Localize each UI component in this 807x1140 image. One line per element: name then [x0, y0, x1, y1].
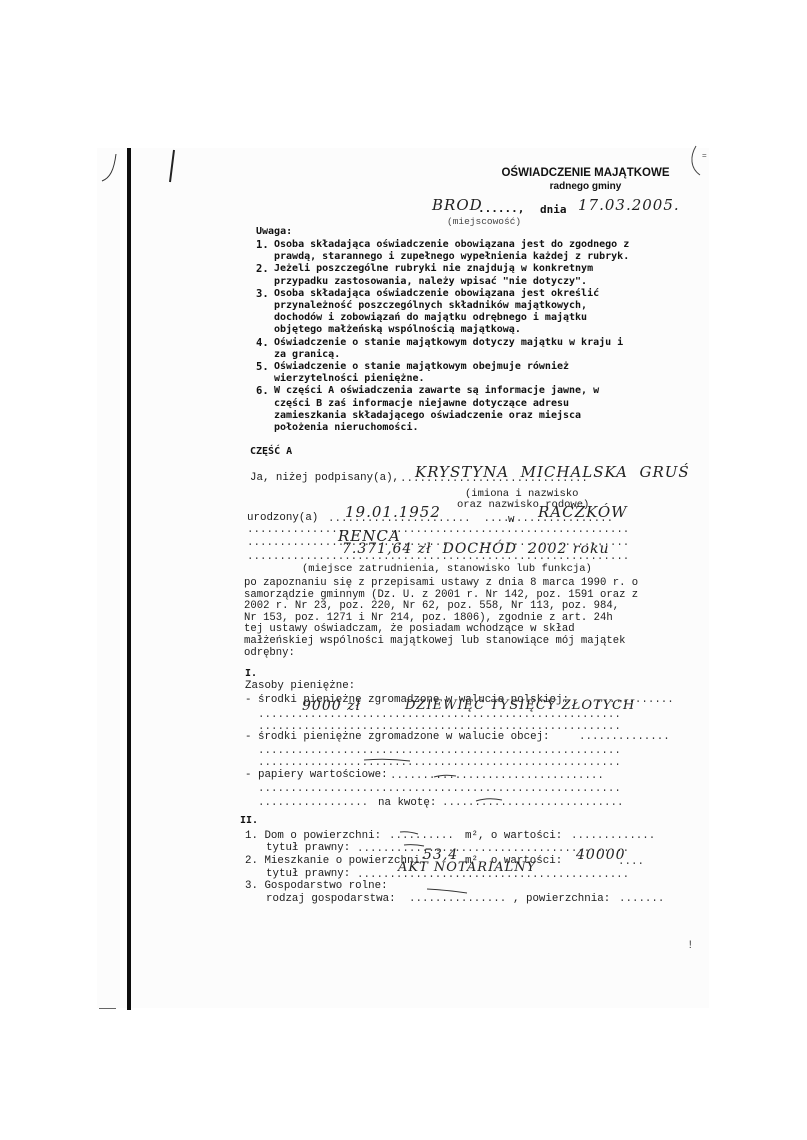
- house-unit: m², o wartości:: [465, 830, 562, 842]
- note-line: przynależność poszczególnych składników …: [274, 300, 587, 311]
- farm-area-label: , powierzchnia:: [513, 893, 610, 905]
- pln-words-handwritten: DZIEWIĘĆ TYSIĘCY ZŁOTYCH: [405, 698, 635, 713]
- dotted-line: ........................................…: [258, 745, 621, 757]
- left-margin-pen-mark-icon: [100, 150, 120, 190]
- name-handwritten: KRYSTYNA MICHALSKA GRUŚ: [415, 463, 690, 481]
- note-number: 1.: [256, 239, 269, 251]
- note-number: 4.: [256, 337, 269, 349]
- dotted-line: .............: [571, 830, 655, 842]
- note-line: Jeżeli poszczególne rubryki nie znajdują…: [274, 263, 593, 274]
- date-handwritten: 17.03.2005.: [578, 196, 680, 214]
- note-number: 3.: [256, 288, 269, 300]
- birth-place-handwritten: RACZKÓW: [538, 503, 628, 521]
- note-line: objętego małżeńską wspólnością majątkową…: [274, 324, 521, 335]
- farm-type-label: rodzaj gospodarstwa:: [266, 893, 396, 905]
- date-label: dnia: [540, 203, 567, 216]
- note-line: Osoba składająca oświadczenie obowiązana…: [274, 288, 599, 299]
- notes-heading: Uwaga:: [256, 226, 292, 237]
- note-line: za granicą.: [274, 349, 340, 360]
- farm-label: 3. Gospodarstwo rolne:: [245, 880, 388, 892]
- scan-artifact-dash: [99, 1008, 116, 1009]
- dotted-line: ........................................…: [247, 524, 629, 536]
- note-line: przypadku zastosowania, należy wpisać "n…: [274, 276, 587, 287]
- dotted-line: ....: [618, 856, 644, 868]
- house-label: 1. Dom o powierzchni:: [245, 830, 381, 842]
- note-line: Osoba składająca oświadczenie obowiązana…: [274, 239, 629, 250]
- dotted-line: ............................: [442, 797, 623, 809]
- note-line: prawdą, starannego i zupełnego wypełnien…: [274, 251, 629, 262]
- dash-mark-icon: [432, 773, 458, 779]
- section-1-numeral: I.: [245, 668, 257, 679]
- dotted-line: .................................: [390, 770, 604, 782]
- statement-line: 2002 r. Nr 23, poz. 220, Nr 62, poz. 558…: [244, 600, 619, 612]
- place-caption: (miejscowość): [447, 216, 521, 227]
- dotted-line: .......: [619, 893, 664, 905]
- note-line: W części A oświadczenia zawarte są infor…: [274, 385, 599, 396]
- flat-title-label: tytuł prawny:: [266, 868, 350, 880]
- section-1-heading: Zasoby pieniężne:: [245, 680, 355, 692]
- note-line: Oświadczenie o stanie majątkowym obejmuj…: [274, 361, 569, 372]
- dash-mark-icon: [398, 830, 420, 836]
- note-number: 6.: [256, 385, 269, 397]
- amount-label: na kwotę:: [378, 797, 436, 809]
- part-a-heading: CZĘŚĆ A: [250, 446, 292, 457]
- statement-line: tej ustawy oświadczam, że posiadam wchod…: [244, 623, 575, 635]
- pln-amount-handwritten: 9000 zł: [302, 698, 361, 714]
- margin-mark: !: [687, 940, 694, 952]
- dash-mark-icon: [425, 887, 469, 895]
- note-line: dochodów i zobowiązań do majątku odrębne…: [274, 312, 587, 323]
- signed-label: Ja, niżej podpisany(a),: [250, 472, 399, 484]
- house-title-label: tytuł prawny:: [266, 842, 350, 854]
- dotted-line: .................: [258, 797, 368, 809]
- document-title: OŚWIADCZENIE MAJĄTKOWE: [182, 167, 807, 179]
- pen-stroke-icon: [166, 148, 178, 188]
- statement-line: odrębny:: [244, 647, 295, 659]
- section-2-numeral: II.: [240, 815, 258, 826]
- note-number: 5.: [256, 361, 269, 373]
- note-line: zamieszkania składającego oświadczenie o…: [274, 410, 581, 421]
- binding-edge-bar: [127, 148, 131, 1010]
- statement-line: małżeńskiej wspólności majątkowej lub st…: [244, 635, 625, 647]
- employment-caption: (miejsce zatrudnienia, stanowisko lub fu…: [302, 563, 592, 575]
- note-line: części B zaś informacje niejawne dotyczą…: [274, 398, 569, 409]
- birth-date-handwritten: 19.01.1952: [345, 503, 441, 521]
- dotted-line: ........................................…: [258, 757, 621, 769]
- note-line: wierzytelności pieniężne.: [274, 373, 425, 384]
- born-label: urodzony(a): [247, 512, 318, 524]
- dotted-line: ........................................…: [258, 783, 621, 795]
- note-line: położenia nieruchomości.: [274, 422, 419, 433]
- note-line: Oświadczenie o stanie majątkowym dotyczy…: [274, 337, 623, 348]
- flat-title-handwritten: AKT NOTARIALNY: [398, 860, 536, 875]
- document-subtitle: radnego gminy: [182, 181, 807, 192]
- foreign-label: - środki pieniężne zgromadzone w walucie…: [245, 731, 550, 743]
- dotted-line: ..............: [579, 731, 670, 743]
- statement-line: Nr 153, poz. 1271 i Nr 214, poz. 1806), …: [244, 612, 613, 624]
- dash-mark-icon: [474, 797, 504, 803]
- place-handwritten: BROD: [432, 196, 483, 214]
- dash-mark-icon: [362, 757, 412, 763]
- statement-line: samorządzie gminnym (Dz. U. z 2001 r. Nr…: [244, 589, 638, 601]
- note-number: 2.: [256, 263, 269, 275]
- place-dots: ......,: [478, 202, 524, 215]
- securities-label: - papiery wartościowe:: [245, 769, 388, 781]
- svg-text:=: =: [702, 151, 707, 160]
- employment-handwritten-2: 7.371,64 zł DOCHÓD 2002 roku: [342, 541, 610, 557]
- statement-line: po zapoznaniu się z przepisami ustawy z …: [244, 577, 638, 589]
